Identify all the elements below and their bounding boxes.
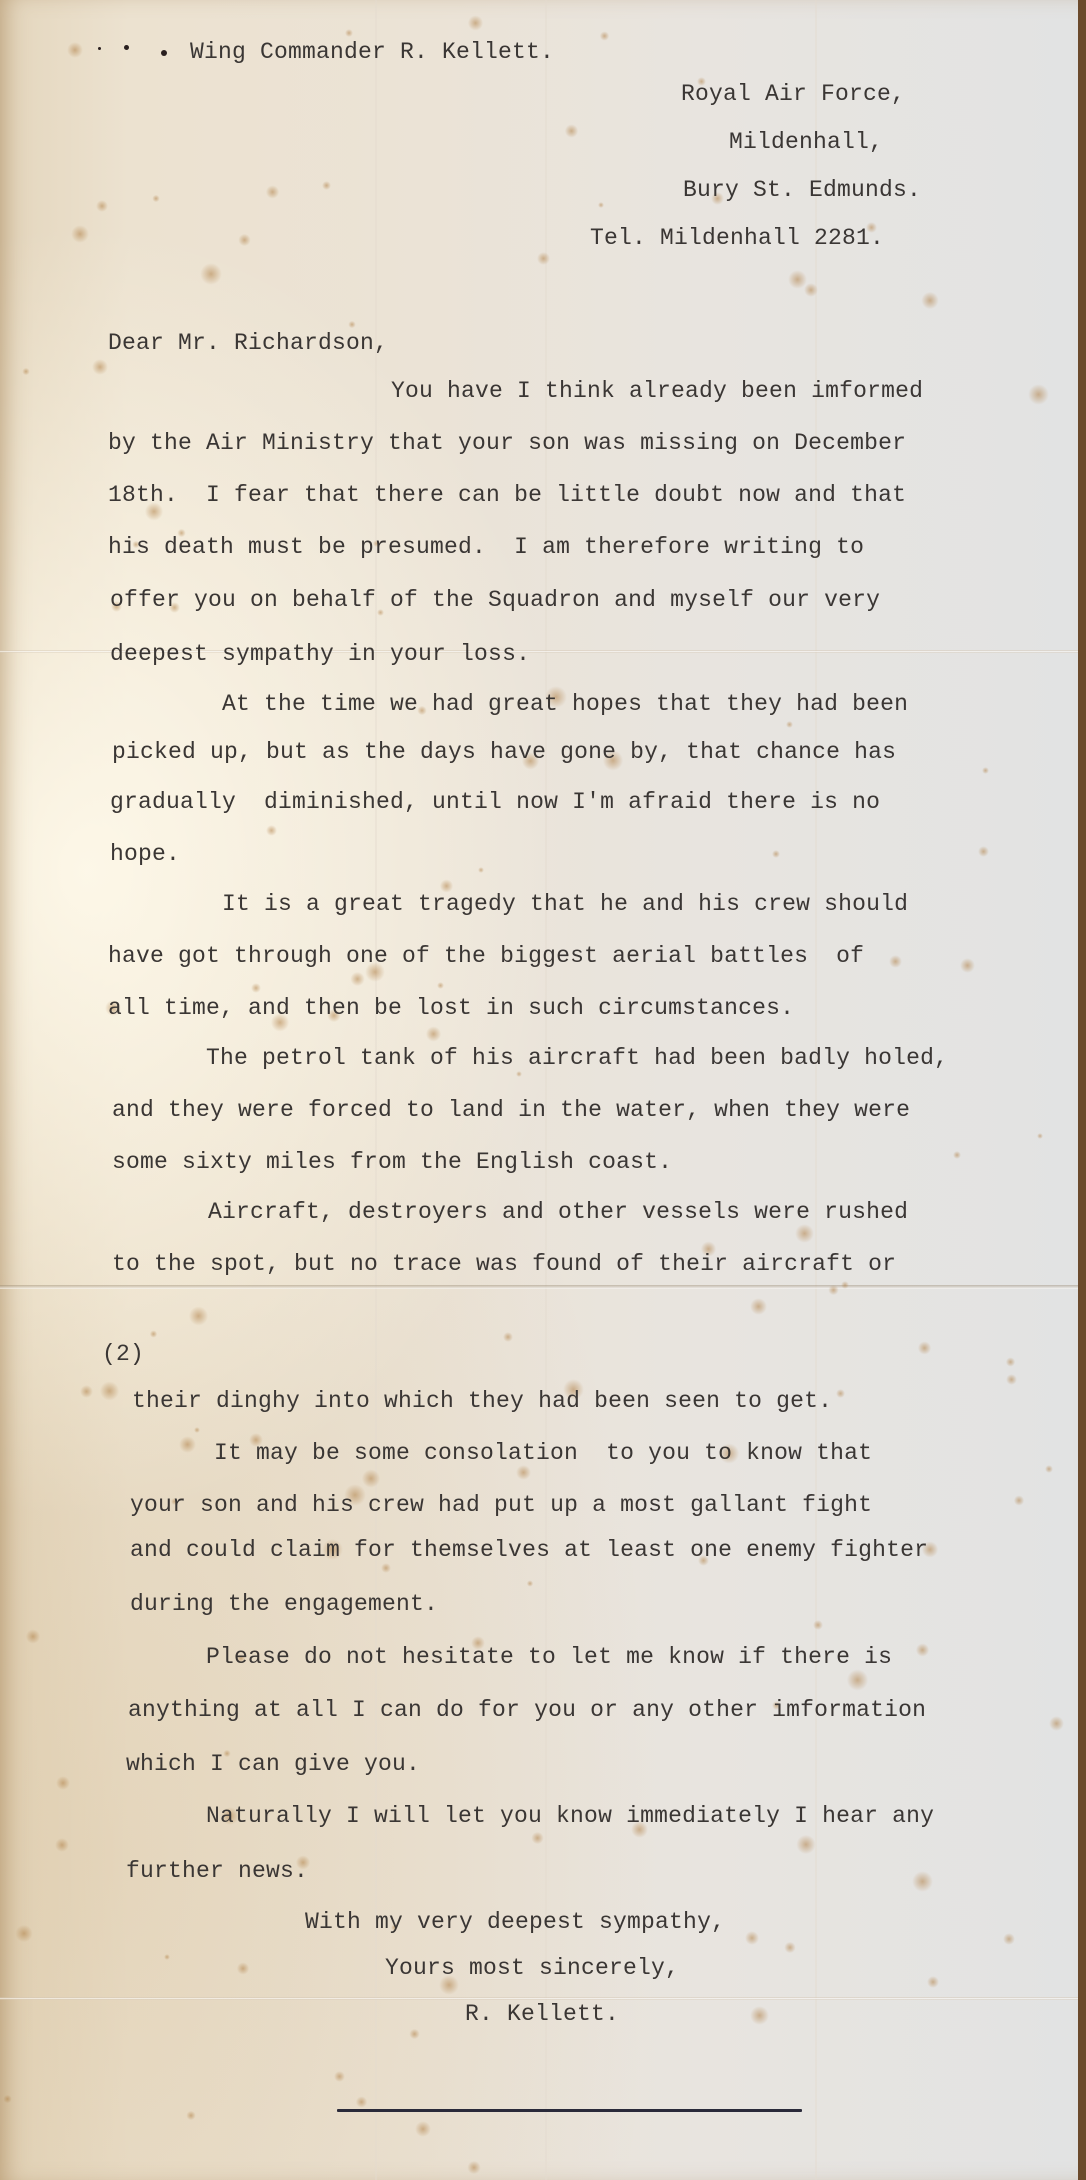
body-line: anything at all I can do for you or any …	[128, 1696, 926, 1724]
body-line: It is a great tragedy that he and his cr…	[222, 890, 908, 918]
address-line: Bury St. Edmunds.	[683, 176, 921, 204]
body-line: It may be some consolation to you to kno…	[214, 1439, 872, 1467]
body-line: some sixty miles from the English coast.	[112, 1148, 672, 1176]
body-line: You have I think already been imformed	[391, 377, 923, 405]
salutation: Dear Mr. Richardson,	[108, 329, 388, 357]
body-line: gradually diminished, until now I'm afra…	[110, 788, 880, 816]
body-line: deepest sympathy in your loss.	[110, 640, 530, 668]
signature: R. Kellett.	[465, 2000, 619, 2028]
body-line: during the engagement.	[130, 1590, 438, 1618]
body-line: which I can give you.	[126, 1750, 420, 1778]
closing: With my very deepest sympathy,	[305, 1908, 725, 1936]
body-line: Please do not hesitate to let me know if…	[206, 1643, 892, 1671]
body-line: Aircraft, destroyers and other vessels w…	[208, 1198, 908, 1226]
body-line: and could claim for themselves at least …	[130, 1536, 928, 1564]
body-line: picked up, but as the days have gone by,…	[112, 738, 896, 766]
body-line: Naturally I will let you know immediatel…	[206, 1802, 934, 1830]
fold-crease	[815, 0, 817, 2180]
body-line: offer you on behalf of the Squadron and …	[110, 586, 880, 614]
body-line: and they were forced to land in the wate…	[112, 1096, 910, 1124]
address-line: Royal Air Force,	[681, 80, 905, 108]
body-line: At the time we had great hopes that they…	[222, 690, 908, 718]
body-line: further news.	[126, 1857, 308, 1885]
body-line: hope.	[110, 840, 180, 868]
body-line: to the spot, but no trace was found of t…	[112, 1250, 896, 1278]
body-line: his death must be presumed. I am therefo…	[108, 533, 864, 561]
letter-paper: Wing Commander R. Kellett. Royal Air For…	[0, 0, 1078, 2180]
page-number: (2)	[102, 1340, 144, 1368]
address-line: Mildenhall,	[729, 128, 883, 156]
fold-crease	[375, 0, 377, 2180]
body-line: their dinghy into which they had been se…	[132, 1387, 832, 1415]
fold-crease	[545, 0, 547, 2180]
valediction: Yours most sincerely,	[385, 1954, 679, 1982]
address-line: Tel. Mildenhall 2281.	[590, 224, 884, 252]
body-line: by the Air Ministry that your son was mi…	[108, 429, 906, 457]
sender-name: Wing Commander R. Kellett.	[190, 38, 554, 66]
signature-rule	[337, 2109, 802, 2112]
body-line: have got through one of the biggest aeri…	[108, 942, 864, 970]
body-line: all time, and then be lost in such circu…	[108, 994, 794, 1022]
body-line: 18th. I fear that there can be little do…	[108, 481, 906, 509]
page-boundary	[0, 1285, 1078, 1289]
body-line: your son and his crew had put up a most …	[130, 1491, 872, 1519]
body-line: The petrol tank of his aircraft had been…	[206, 1044, 948, 1072]
